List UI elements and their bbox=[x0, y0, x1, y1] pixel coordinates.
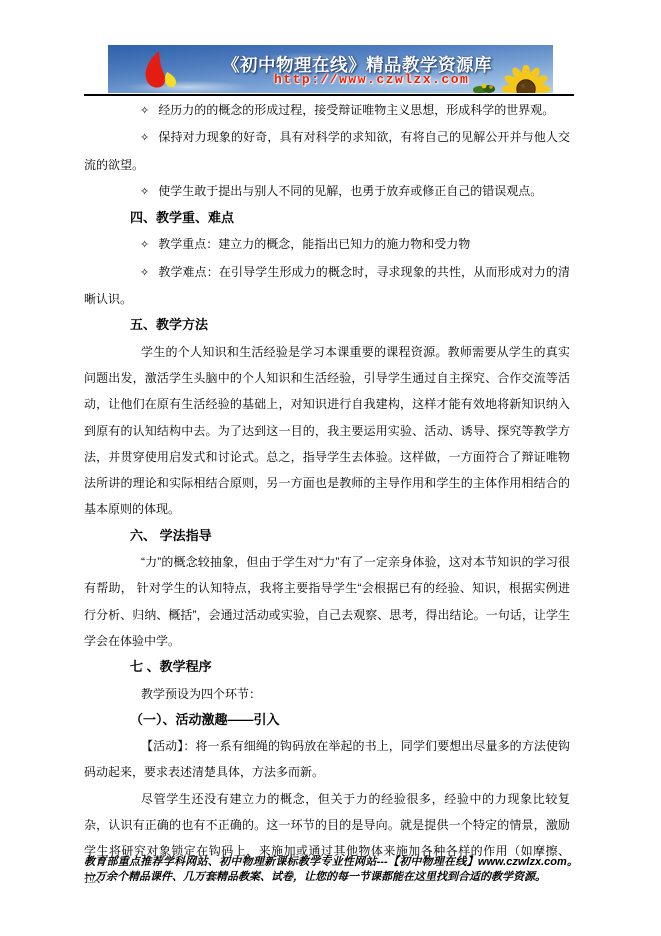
header-divider bbox=[84, 94, 574, 96]
sunflower-icon bbox=[502, 65, 550, 93]
plant-icon bbox=[472, 81, 500, 93]
document-body: ✧经历力的的概念的形成过程，接受辩证唯物主义思想，形成科学的世界观。 ✧保持对力… bbox=[84, 97, 570, 891]
banner-url: http://www.czwlzx.com bbox=[274, 72, 469, 87]
section-heading-teaching-methods: 五、教学方法 bbox=[84, 312, 570, 338]
diamond-bullet-icon: ✧ bbox=[140, 239, 149, 251]
bullet-text: 保持对力现象的好奇，具有对科学的求知欲，有将自己的见解公开并与他人交流的欲望。 bbox=[84, 130, 570, 171]
paragraph: 教学预设为四个环节： bbox=[84, 681, 570, 707]
paragraph: “力”的概念较抽象，但由于学生对“力”有了一定亲身体验，这对本节知识的学习很有帮… bbox=[84, 549, 570, 654]
flame-logo-icon bbox=[134, 50, 186, 93]
diamond-bullet-icon: ✧ bbox=[140, 132, 149, 144]
bullet-item: ✧使学生敢于提出与别人不同的见解，也勇于放弃或修正自己的错误观点。 bbox=[84, 178, 570, 205]
bullet-item: ✧经历力的的概念的形成过程，接受辩证唯物主义思想，形成科学的世界观。 bbox=[84, 97, 570, 124]
paragraph: 学生的个人知识和生活经验是学习本课重要的课程资源。教师需要从学生的真实问题出发，… bbox=[84, 339, 570, 523]
diamond-bullet-icon: ✧ bbox=[140, 105, 149, 117]
section-heading-teaching-procedure: 七 、教学程序 bbox=[84, 654, 570, 680]
footer-note: 教育部重点推荐学科网站、初中物理新课标教学专业性网站---【初中物理在线】www… bbox=[84, 855, 578, 885]
bullet-item: ✧教学难点：在引导学生形成力的概念时，寻求现象的共性，从而形成对力的清晰认识。 bbox=[84, 259, 570, 313]
diamond-bullet-icon: ✧ bbox=[140, 267, 149, 279]
site-banner: 《初中物理在线》精品教学资源库 http://www.czwlzx.com bbox=[108, 45, 553, 93]
bullet-item: ✧保持对力现象的好奇，具有对科学的求知欲，有将自己的见解公开并与他人交流的欲望。 bbox=[84, 124, 570, 178]
subsection-heading-activity-intro: （一）、活动激趣——引入 bbox=[84, 707, 570, 733]
bullet-text: 教学重点：建立力的概念，能指出已知力的施力物和受力物 bbox=[158, 237, 470, 251]
bullet-text: 使学生敢于提出与别人不同的见解，也勇于放弃或修正自己的错误观点。 bbox=[158, 184, 542, 198]
paragraph: 【活动】：将一系有细绳的钩码放在举起的书上，同学们要想出尽量多的方法使钩码动起来… bbox=[84, 733, 570, 786]
diamond-bullet-icon: ✧ bbox=[140, 186, 149, 198]
bullet-item: ✧教学重点：建立力的概念，能指出已知力的施力物和受力物 bbox=[84, 231, 570, 258]
bullet-text: 经历力的的概念的形成过程，接受辩证唯物主义思想，形成科学的世界观。 bbox=[158, 103, 554, 117]
page: { "window": { "width": 661, "height": 93… bbox=[0, 0, 661, 936]
bullet-text: 教学难点：在引导学生形成力的概念时，寻求现象的共性，从而形成对力的清晰认识。 bbox=[84, 265, 570, 306]
section-heading-key-points: 四、教学重、难点 bbox=[84, 205, 570, 231]
section-heading-learning-guidance: 六、 学法指导 bbox=[84, 523, 570, 549]
